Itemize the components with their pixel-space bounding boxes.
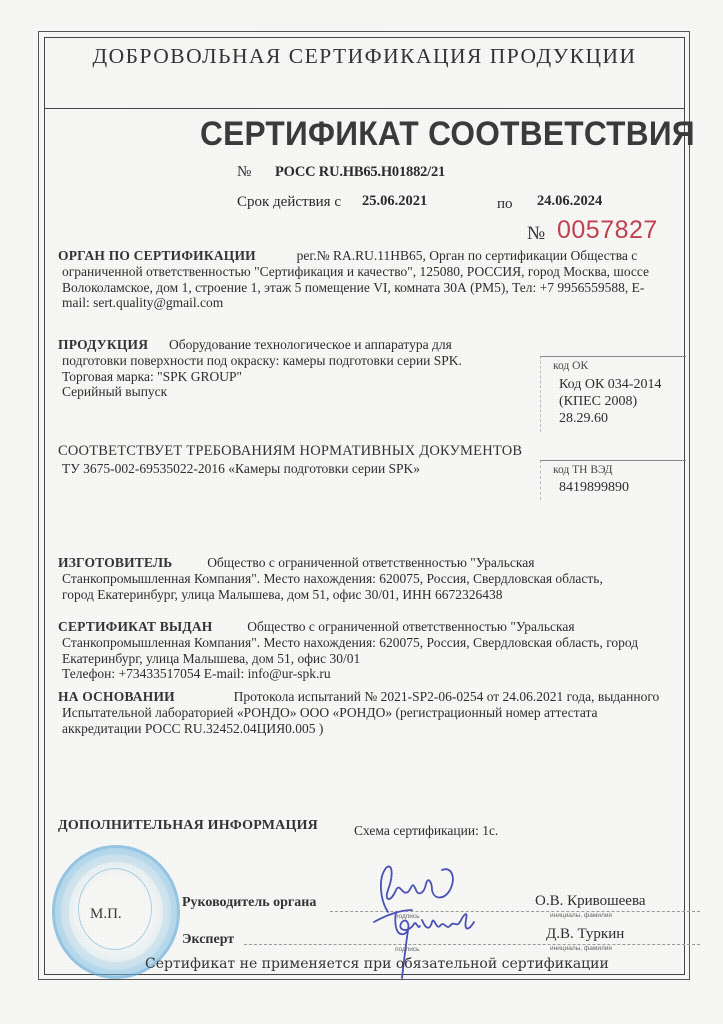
voluntary-certification-title: ДОБРОВОЛЬНАЯ СЕРТИФИКАЦИЯ ПРОДУКЦИИ [44, 44, 685, 69]
code-ok-value: 28.29.60 [559, 410, 686, 427]
issued-to-section: СЕРТИФИКАТ ВЫДАН Общество с ограниченной… [58, 619, 683, 682]
mandatory-certification-note: Сертификат не применяется при обязательн… [145, 956, 609, 972]
code-tn-ved-value: 8419899890 [559, 479, 686, 496]
manufacturer-label: ИЗГОТОВИТЕЛЬ [58, 555, 172, 570]
manufacturer-section: ИЗГОТОВИТЕЛЬ Общество с ограниченной отв… [58, 555, 683, 602]
product-line: подготовки поверхности под окраску: каме… [58, 353, 538, 369]
production-type: Серийный выпуск [58, 384, 538, 400]
serial-number: 0057827 [557, 216, 658, 245]
manufacturer-line: город Екатеринбург, улица Малышева, дом … [58, 587, 683, 603]
valid-to-label: по [497, 196, 513, 213]
certification-body-section: ОРГАН ПО СЕРТИФИКАЦИИ рег.№ RA.RU.11НВ65… [58, 248, 683, 311]
certification-body-email: mail: sert.quality@gmail.com [58, 295, 683, 311]
code-tn-ved-box: код ТН ВЭД 8419899890 [540, 460, 686, 500]
code-ok-line: Код ОК 034-2014 [559, 376, 686, 393]
issued-to-line: Екатеринбург, улица Малышева, дом 51, оф… [58, 651, 683, 667]
code-ok-title: код ОК [553, 360, 686, 372]
conformity-standard: ТУ 3675-002-69535022-2016 «Камеры подгот… [58, 461, 538, 477]
basis-section: НА ОСНОВАНИИ Протокола испытаний № 2021-… [58, 689, 683, 736]
certificate-main-title: СЕРТИФИКАТ СООТВЕТСТВИЯ [200, 115, 695, 154]
certification-body-line: рег.№ RA.RU.11НВ65, Орган по сертификаци… [297, 248, 638, 263]
expert-name: Д.В. Туркин [546, 926, 624, 943]
validity-label: Срок действия с [237, 194, 341, 211]
code-ok-box: код ОК Код ОК 034-2014 (КПЕС 2008) 28.29… [540, 356, 686, 432]
valid-to-date: 24.06.2024 [537, 193, 602, 210]
certification-scheme: Схема сертификации: 1с. [354, 823, 498, 839]
manufacturer-line: Станкопромышленная Компания". Место нахо… [58, 571, 683, 587]
basis-line: Протокола испытаний № 2021-SP2-06-0254 о… [234, 689, 660, 704]
trademark: Торговая марка: "SPK GROUP" [58, 369, 538, 385]
certificate-number: РОСС RU.НВ65.Н01882/21 [275, 164, 445, 181]
name-caption: инициалы, фамилия [550, 912, 612, 919]
name-caption: инициалы, фамилия [550, 945, 612, 952]
code-ok-line: (КПЕС 2008) [559, 393, 686, 410]
product-label: ПРОДУКЦИЯ [58, 337, 148, 352]
head-name: О.В. Кривошеева [535, 893, 646, 910]
code-tn-ved-title: код ТН ВЭД [553, 464, 686, 476]
basis-line: аккредитации РОСС RU.32452.04ЦИЯ0.005 ) [58, 721, 683, 737]
seal-place-label: М.П. [90, 906, 122, 923]
certification-body-line: Волоколамское, дом 1, строение 1, этаж 5… [58, 280, 683, 296]
certification-body-label: ОРГАН ПО СЕРТИФИКАЦИИ [58, 248, 256, 263]
issued-to-line: Общество с ограниченной ответственностью… [247, 619, 574, 634]
conformity-section: СООТВЕТСТВУЕТ ТРЕБОВАНИЯМ НОРМАТИВНЫХ ДО… [58, 444, 538, 477]
issued-to-contacts: Телефон: +73433517054 E-mail: info@ur-sp… [58, 666, 683, 682]
expert-label: Эксперт [182, 932, 234, 948]
valid-from-date: 25.06.2021 [362, 193, 427, 210]
conformity-label: СООТВЕТСТВУЕТ ТРЕБОВАНИЯМ НОРМАТИВНЫХ ДО… [58, 444, 538, 460]
additional-info-label: ДОПОЛНИТЕЛЬНАЯ ИНФОРМАЦИЯ [58, 818, 318, 834]
certification-body-line: ограниченной ответственностью "Сертифика… [58, 264, 683, 280]
head-of-body-label: Руководитель органа [182, 895, 316, 911]
basis-label: НА ОСНОВАНИИ [58, 689, 175, 704]
header-divider [44, 108, 685, 109]
product-line: Оборудование технологическое и аппаратур… [169, 337, 452, 352]
issued-to-label: СЕРТИФИКАТ ВЫДАН [58, 619, 213, 634]
basis-line: Испытательной лабораторией «РОНДО» ООО «… [58, 705, 683, 721]
certificate-number-label: № [237, 164, 251, 181]
issued-to-line: Станкопромышленная Компания". Место нахо… [58, 635, 683, 651]
serial-number-sign: № [527, 223, 545, 245]
manufacturer-line: Общество с ограниченной ответственностью… [207, 555, 534, 570]
product-section: ПРОДУКЦИЯ Оборудование технологическое и… [58, 337, 538, 400]
